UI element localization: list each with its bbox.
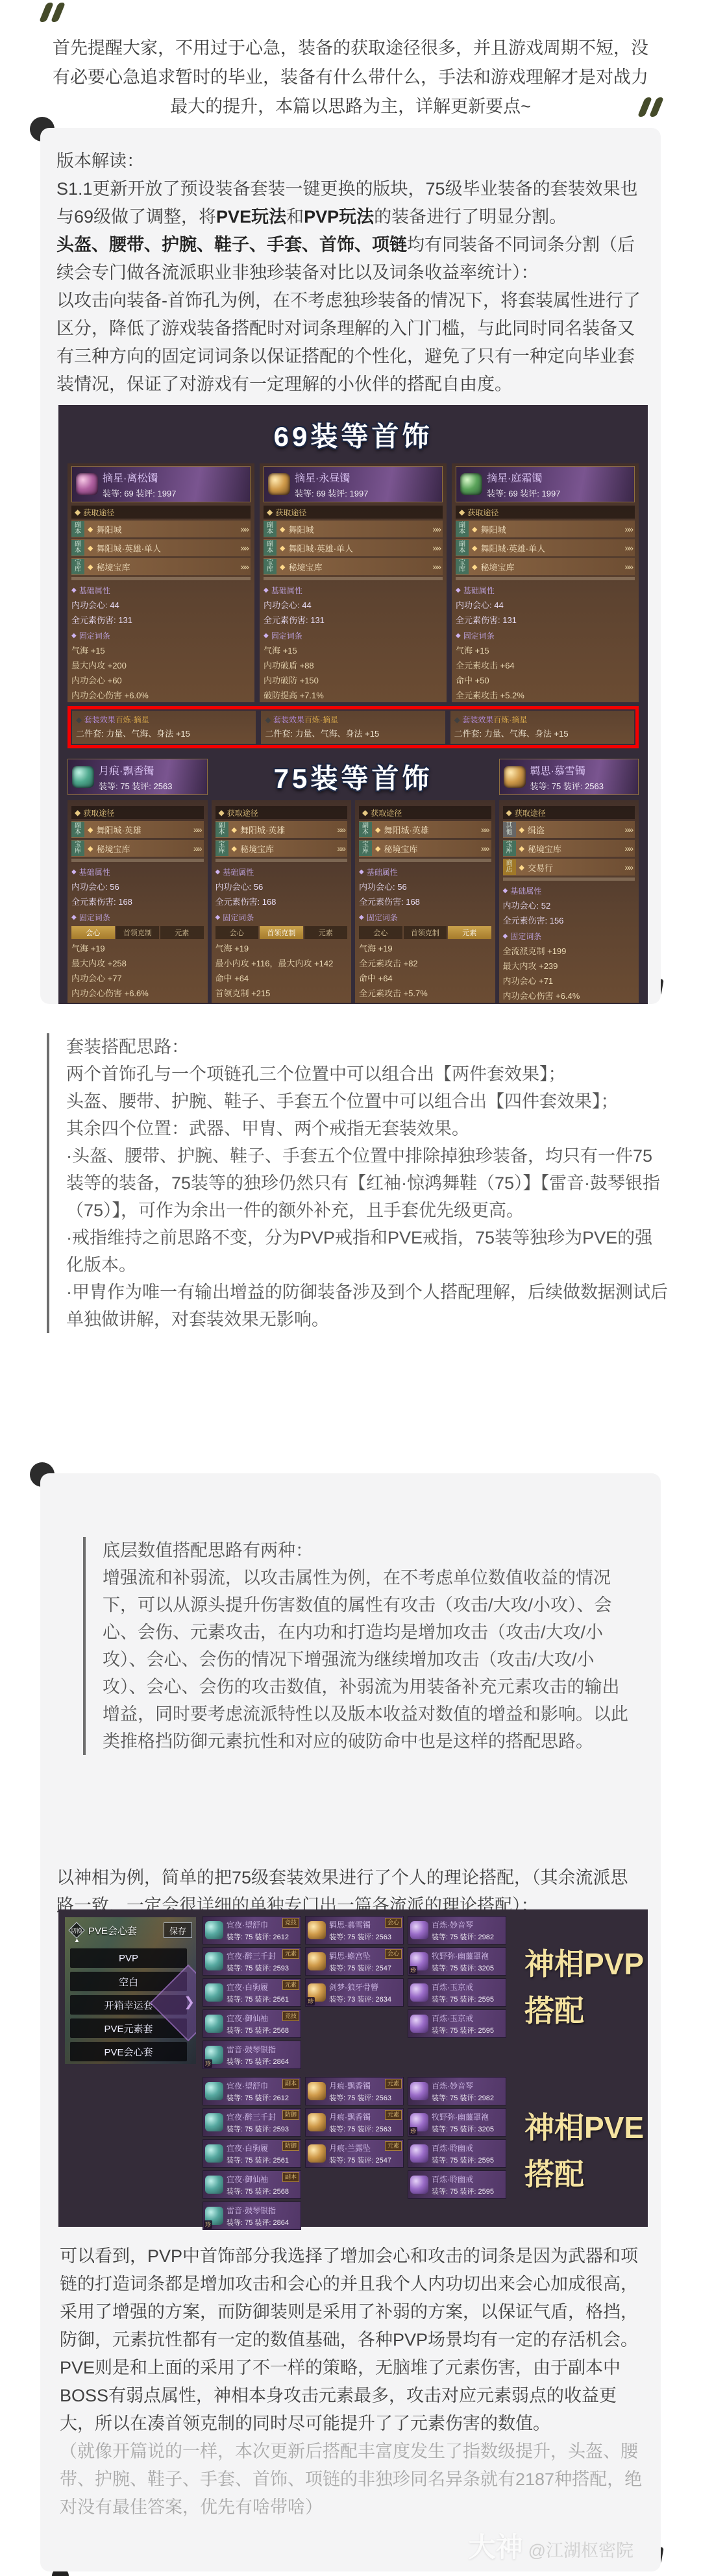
item-level-rating: 装等: 75 装评: 3205 <box>432 2124 494 2134</box>
equipment-card[interactable]: 宜夜·御仙袖装等: 75 装评: 2568副本 <box>203 2170 301 2199</box>
base-attr-line: 全元素伤害: 156 <box>503 914 635 926</box>
divider <box>456 577 635 580</box>
divider <box>264 577 443 580</box>
paragraph: 头盔、腰带、护腕、鞋子、手套、首饰、项链均有同装备不同词条分割（后续会专门做各流… <box>56 231 645 287</box>
acquire-header: ◆获取途径 <box>215 806 348 819</box>
gear-item-column: ◆获取途径其他◆缉盗»»宝库◆秘境宝库»»商店◆交易行»»◆基础属性内功会心: … <box>499 800 639 1003</box>
item-name: 宜夜·御仙袖 <box>227 2013 289 2024</box>
fixed-attr-label: 固定词条 <box>79 630 110 641</box>
item-icon <box>410 2144 428 2163</box>
route-icon: ◆ <box>232 844 237 853</box>
divider <box>215 859 348 862</box>
gear69-grid: 摘星·离松镯装等: 69 装评: 1997◆获取途径副本◆舞阳城»»副本◆舞阳城… <box>68 463 639 702</box>
set-effect-header: ◆ 套装效果百炼·摘星 <box>265 714 441 725</box>
route-arrow-icon: »» <box>432 543 440 553</box>
acquisition-route-row[interactable]: 副本◆舞阳城·英雄»» <box>215 821 348 838</box>
fixed-attr-label: 固定词条 <box>367 912 398 923</box>
item-name: 宜夜·望舒巾 <box>227 2080 289 2091</box>
item-level-rating: 装等: 75 装评: 2595 <box>432 2155 494 2165</box>
acquire-header: ◆获取途径 <box>359 806 491 819</box>
fixed-attr-header: ◆固定词条 <box>215 912 348 923</box>
route-arrow-icon: »» <box>432 561 440 572</box>
equipment-card[interactable]: 宜夜·望舒巾装等: 75 装评: 2612竞技 <box>203 1916 301 1944</box>
equipment-card-text: 牧野弥·幽蘁罩袍装等: 75 装评: 3205 <box>432 2111 494 2134</box>
route-arrow-icon: »» <box>481 824 489 835</box>
rare-ribbon: 珍 <box>409 2127 417 2135</box>
acquire-label: 获取途径 <box>83 807 114 818</box>
fixed-attr-line: 气海 +19 <box>359 942 491 954</box>
route-icon: ◆ <box>472 544 477 552</box>
base-attr-line: 全元素伤害: 168 <box>359 895 491 907</box>
acquisition-route-row[interactable]: 其他◆缉盗»» <box>503 821 635 838</box>
item-level-rating: 装等: 75 装评: 2561 <box>227 1994 289 2004</box>
equipment-card[interactable]: 宜夜·白驹履装等: 75 装评: 2561防御 <box>203 2139 301 2168</box>
paragraph: 可以看到，PVP中首饰部分我选择了增加会心和攻击的词条是因为武器和项链的打造词条… <box>60 2242 644 2354</box>
equipment-card-text: 宜夜·御仙袖装等: 75 装评: 2568 <box>227 2174 289 2196</box>
tab-元素[interactable]: 元素 <box>160 926 204 939</box>
equipment-card-text: 月痕·飘香镯装等: 75 装评: 2563 <box>329 2111 391 2134</box>
fixed-attr-line: 命中 +64 <box>215 972 348 984</box>
equipment-card-text: 宜夜·白驹履装等: 75 装评: 2561 <box>227 2142 289 2165</box>
route-label: 舞阳城·英雄·单人 <box>480 542 621 554</box>
gear-item-column: 摘星·离松镯装等: 69 装评: 1997◆获取途径副本◆舞阳城»»副本◆舞阳城… <box>68 463 254 702</box>
gear-item-column: ◆获取途径副本◆舞阳城·英雄»»宝库◆秘境宝库»»◆基础属性内功会心: 56全元… <box>212 800 352 1003</box>
item-name: 宜夜·白驹履 <box>227 2142 289 2153</box>
item-level-rating: 装等: 75 装评: 2563 <box>329 2092 391 2103</box>
route-arrow-icon: »» <box>193 843 201 853</box>
acquisition-route-row[interactable]: 宝库◆秘境宝库»» <box>503 840 635 857</box>
blockquote-paragraph: 套装搭配思路： <box>66 1033 670 1061</box>
loadout-column: 宜夜·望舒巾装等: 75 装评: 2612副本宜夜·醉三千封装等: 75 装评:… <box>203 2077 301 2233</box>
acquisition-route-row[interactable]: 宝库◆秘境宝库»» <box>359 840 491 857</box>
pvp-caption: 神相PVP搭配 <box>524 1941 644 2034</box>
route-label: 秘境宝库 <box>528 842 621 855</box>
acquire-label: 获取途径 <box>227 807 258 818</box>
base-attr-line: 内功会心: 44 <box>71 598 251 611</box>
equipment-card[interactable]: 羁思·慕雪镯装等: 75 装评: 2563会心 <box>305 1916 404 1944</box>
attribute-badge: 会心 <box>385 1918 402 1928</box>
equipment-card[interactable]: 百炼·玉京戒装等: 75 装评: 2595 <box>408 1978 506 2007</box>
fixed-attr-line: 最大内攻 +258 <box>71 957 204 969</box>
item-card[interactable]: 摘星·永昼镯装等: 69 装评: 1997 <box>264 466 443 502</box>
route-label: 秘境宝库 <box>96 842 190 855</box>
current-preset-label: PVE会心套 <box>88 1924 160 1937</box>
item-level-rating: 装等: 75 装评: 2568 <box>227 2025 289 2035</box>
fixed-attr-line: 全元素攻击 +5.2% <box>456 689 635 701</box>
fixed-attr-line: 气海 +15 <box>456 644 635 656</box>
item-level-rating: 装等: 75 装评: 2864 <box>227 2056 289 2067</box>
item-level-rating: 装等: 75 装评: 2547 <box>329 1963 391 1973</box>
preset-menu-item-PVE会心套[interactable]: PVE会心套 <box>70 2042 187 2061</box>
acquisition-route-row[interactable]: 副本◆舞阳城·英雄·单人»» <box>264 539 443 556</box>
acquire-header: ◆获取途径 <box>264 506 443 519</box>
note-paragraph: （就像开篇说的一样，本次更新后搭配丰富度发生了指数级提升，头盔、腰带、护腕、鞋子… <box>60 2438 644 2521</box>
pve-caption: 神相PVE搭配 <box>524 2104 644 2198</box>
acquisition-route-row[interactable]: 副本◆舞阳城»» <box>456 521 635 537</box>
equipment-card[interactable]: 宜夜·醉三千封装等: 75 装评: 2593元素 <box>203 1947 301 1976</box>
gear-item-column: ◆获取途径副本◆舞阳城·英雄»»宝库◆秘境宝库»»◆基础属性内功会心: 56全元… <box>355 800 495 1003</box>
fixed-attr-tabs: 会心首领克制元素 <box>71 926 204 939</box>
fixed-attr-line: 命中 +64 <box>359 972 491 984</box>
acquisition-route-row[interactable]: 宝库◆秘境宝库»» <box>71 558 251 575</box>
item-name: 羁思·蟾宫坠 <box>329 1950 391 1961</box>
fixed-attr-line: 首领克制 +215 <box>215 987 348 999</box>
item-icon <box>410 2176 428 2194</box>
item-icon <box>205 2176 223 2194</box>
item-card-text: 摘星·庭霜镯装等: 69 装评: 1997 <box>487 470 560 499</box>
fixed-attr-header: ◆固定词条 <box>359 912 491 923</box>
route-type-tag: 副本 <box>71 521 84 537</box>
acquisition-route-row[interactable]: 副本◆舞阳城·英雄·单人»» <box>71 539 251 556</box>
route-icon: ◆ <box>280 563 285 571</box>
route-icon: ◆ <box>280 525 285 534</box>
fixed-attr-line: 内功破盾 +88 <box>264 659 443 671</box>
acquisition-route-row[interactable]: 副本◆舞阳城»» <box>264 521 443 537</box>
equipment-card[interactable]: 百炼·聆幽戒装等: 75 装评: 2595 <box>408 2139 506 2168</box>
diamond-icon: ◆ <box>75 808 80 817</box>
item-name: 羁思·慕雪镯 <box>329 1919 391 1930</box>
fixed-attr-header: ◆固定词条 <box>71 912 204 923</box>
base-attr-line: 全元素伤害: 131 <box>71 613 251 626</box>
equipment-card[interactable]: 百炼·妙音琴装等: 75 装评: 2982 <box>408 2077 506 2105</box>
diamond-icon: ◆ <box>219 808 225 817</box>
equipment-card[interactable]: 月痕·兰露坠装等: 75 装评: 2547元素 <box>305 2139 404 2168</box>
route-icon: ◆ <box>519 844 524 853</box>
item-name: 月痕·飘香镯 <box>329 2111 391 2122</box>
route-label: 舞阳城 <box>288 523 429 535</box>
equipment-card[interactable]: 雷音·鼓琴银指装等: 75 装评: 2864珍 <box>203 2041 301 2069</box>
caret-down-icon: ▲ <box>74 1937 80 1943</box>
equipment-card[interactable]: 剑梦·狼牙骨簪装等: 73 装评: 2634珍 <box>305 1978 404 2007</box>
route-arrow-icon: »» <box>240 524 248 534</box>
acquisition-route-row[interactable]: 副本◆舞阳城·英雄·单人»» <box>456 539 635 556</box>
diamond-icon: ◆ <box>265 715 273 724</box>
equipment-card[interactable]: 宜夜·白驹履装等: 75 装评: 2561元素 <box>203 1978 301 2007</box>
gear75-grid: ◆获取途径副本◆舞阳城·英雄»»宝库◆秘境宝库»»◆基础属性内功会心: 56全元… <box>68 800 639 1003</box>
item-name: 月痕·飘香镯 <box>329 2080 391 2091</box>
base-attr-header: ◆基础属性 <box>456 585 635 596</box>
gear69-title: 69装等首饰 <box>68 405 639 454</box>
diamond-icon: ◆ <box>506 808 512 817</box>
acquire-label: 获取途径 <box>275 507 306 518</box>
route-type-tag: 商店 <box>503 859 516 875</box>
attribute-badge: 元素 <box>282 1980 299 1990</box>
item-icon <box>460 473 482 495</box>
base-attr-header: ◆基础属性 <box>359 866 491 877</box>
fixed-attr-line: 内功破防 +150 <box>264 674 443 686</box>
item-name: 百炼·聆幽戒 <box>432 2174 494 2185</box>
route-arrow-icon: »» <box>624 543 632 553</box>
fixed-attr-tabs: 会心首领克制元素 <box>215 926 348 939</box>
item-name: 宜夜·望舒巾 <box>227 1919 289 1930</box>
item-card-text: 摘星·永昼镯装等: 69 装评: 1997 <box>295 470 368 499</box>
route-icon: ◆ <box>280 544 285 552</box>
fixed-attr-line: 全流派克制 +199 <box>503 944 635 957</box>
watermark: 大神 @江湖枢密院 <box>469 2526 633 2565</box>
item-level-rating: 装等: 75 装评: 2547 <box>329 2155 391 2165</box>
route-arrow-icon: »» <box>240 561 248 572</box>
paragraph: 以攻击向装备-首饰孔为例，在不考虑独珍装备的情况下，将套装属性进行了区分，降低了… <box>56 287 645 399</box>
item-name: 摘星·庭霜镯 <box>487 470 560 485</box>
item-icon <box>308 2144 326 2163</box>
base-attr-line: 内功会心: 56 <box>359 880 491 892</box>
open-quote-icon <box>39 3 66 22</box>
equipment-card[interactable]: 百炼·玉京戒装等: 75 装评: 2595 <box>408 2009 506 2038</box>
item-icon <box>308 1952 326 1970</box>
item-name: 雷音·鼓琴银指 <box>227 2044 289 2055</box>
fixed-attr-line: 内功会心伤害 +6.0% <box>71 689 251 701</box>
gear-item-column: 摘星·永昼镯装等: 69 装评: 1997◆获取途径副本◆舞阳城»»副本◆舞阳城… <box>260 463 447 702</box>
route-type-tag: 副本 <box>71 822 84 837</box>
route-icon: ◆ <box>375 844 380 853</box>
version-notes-text: 版本解读： S1.1更新开放了预设装备套装一键更换的版块，75级毕业装备的套装效… <box>56 147 645 399</box>
tab-首领克制[interactable]: 首领克制 <box>260 926 303 939</box>
tab-会心[interactable]: 会心 <box>215 926 259 939</box>
item-name: 牧野弥·幽蘁罩袍 <box>432 2111 494 2122</box>
equipment-card-text: 百炼·妙音琴装等: 75 装评: 2982 <box>432 2080 494 2103</box>
diamond-icon: ◆ <box>75 508 80 517</box>
base-attr-header: ◆基础属性 <box>215 866 348 877</box>
blockquote-paragraph: 两个首饰孔与一个项链孔三个位置中可以组合出【两件套效果】； <box>66 1061 670 1088</box>
equipment-card[interactable]: 雷音·鼓琴银指装等: 75 装评: 2864珍 <box>203 2202 301 2230</box>
tab-元素[interactable]: 元素 <box>448 926 491 939</box>
route-icon: ◆ <box>88 544 93 552</box>
equipment-card-text: 羁思·慕雪镯装等: 75 装评: 2563 <box>329 1919 391 1942</box>
route-type-tag: 宝库 <box>264 559 277 574</box>
diamond-icon: ◆ <box>264 587 269 594</box>
blockquote-paragraph: 增强流和补弱流，以攻击属性为例，在不考虑单位数值收益的情况下，可以从源头提升伤害… <box>103 1564 635 1755</box>
route-arrow-icon: »» <box>240 543 248 553</box>
item-name: 牧野弥·幽蘁罩袍 <box>432 1950 494 1961</box>
route-label: 交易行 <box>528 861 621 874</box>
route-icon: ◆ <box>88 844 93 853</box>
item-name: 月痕·飘香镯 <box>99 763 172 778</box>
route-type-tag: 宝库 <box>215 840 228 856</box>
tab-会心[interactable]: 会心 <box>359 926 402 939</box>
tab-首领克制[interactable]: 首领克制 <box>404 926 447 939</box>
fixed-attr-label: 固定词条 <box>271 630 302 641</box>
loadout-column: 月痕·飘香镯装等: 75 装评: 2563元素月痕·飘香镯装等: 75 装评: … <box>305 2077 404 2233</box>
tab-首领克制[interactable]: 首领克制 <box>116 926 160 939</box>
equipment-card[interactable]: 月痕·飘香镯装等: 75 装评: 2563元素 <box>305 2077 404 2105</box>
diamond-icon: ◆ <box>71 632 77 639</box>
item-level-rating: 装等: 75 装评: 2595 <box>432 2186 494 2196</box>
route-arrow-icon: »» <box>337 843 345 853</box>
equipment-card-text: 牧野弥·幽蘁罩袍装等: 75 装评: 3205 <box>432 1950 494 1973</box>
set-name: 百炼·摘星 <box>493 715 527 724</box>
equipment-card[interactable]: 羁思·蟾宫坠装等: 75 装评: 2547会心 <box>305 1947 404 1976</box>
item-card-text: 摘星·离松镯装等: 69 装评: 1997 <box>103 470 176 499</box>
preset-menu-item-PVP[interactable]: PVP <box>70 1948 187 1968</box>
equipment-card[interactable]: 百炼·妙音琴装等: 75 装评: 2982 <box>408 1916 506 1944</box>
switch-button[interactable]: 切换 ▲ <box>69 1922 84 1938</box>
fixed-attr-line: 气海 +19 <box>71 942 204 954</box>
blockquote-paragraph: 其余四个位置：武器、甲胄、两个戒指无套装效果。 <box>66 1115 670 1142</box>
save-button[interactable]: 保存 <box>164 1922 192 1938</box>
item-icon <box>504 766 526 788</box>
divider <box>71 859 204 862</box>
acquisition-route-row[interactable]: 副本◆舞阳城·英雄»» <box>71 821 204 838</box>
loadout-column: 羁思·慕雪镯装等: 75 装评: 2563会心羁思·蟾宫坠装等: 75 装评: … <box>305 1916 404 2072</box>
route-type-tag: 宝库 <box>503 840 516 856</box>
item-name: 宜夜·白驹履 <box>227 1981 289 1993</box>
item-card[interactable]: 月痕·飘香镯装等: 75 装评: 2563 <box>68 759 208 795</box>
item-name: 羁思·慕雪镯 <box>530 763 604 778</box>
item-icon <box>410 2082 428 2100</box>
fixed-attr-line: 最大内攻 +239 <box>503 959 635 972</box>
route-type-tag: 副本 <box>359 822 372 837</box>
fixed-attr-line: 全元素攻击 +82 <box>359 957 491 969</box>
route-arrow-icon: »» <box>432 524 440 534</box>
route-icon: ◆ <box>472 563 477 571</box>
item-level-rating: 装等: 75 装评: 2563 <box>329 1932 391 1942</box>
fixed-attr-line: 内功会心 +71 <box>503 974 635 987</box>
route-label: 舞阳城·英雄 <box>240 824 334 836</box>
item-level-rating: 装等: 75 装评: 3205 <box>432 1963 494 1973</box>
fixed-attr-line: 全元素攻击 +5.7% <box>359 987 491 999</box>
fixed-attr-line: 气海 +15 <box>264 644 443 656</box>
equipment-card-text: 剑梦·狼牙骨簪装等: 73 装评: 2634 <box>329 1981 391 2004</box>
base-attr-label: 基础属性 <box>463 585 495 596</box>
item-card[interactable]: 羁思·慕雪镯装等: 75 装评: 2563 <box>499 759 639 795</box>
blockquote-paragraph: 底层数值搭配思路有两种： <box>103 1537 635 1564</box>
route-arrow-icon: »» <box>624 561 632 572</box>
equipment-card[interactable]: 牧野弥·幽蘁罩袍装等: 75 装评: 3205珍 <box>408 1947 506 1976</box>
route-type-tag: 宝库 <box>359 840 372 856</box>
set-effect-label: 套装效果 <box>273 715 304 724</box>
diamond-icon: ◆ <box>71 587 77 594</box>
base-attr-line: 内功会心: 56 <box>71 880 204 892</box>
fixed-attr-line: 内功会心伤害 +6.6% <box>71 987 204 999</box>
route-arrow-icon: »» <box>337 824 345 835</box>
item-level-rating: 装等: 75 装评: 2563 <box>329 2124 391 2134</box>
set-effect-label: 套装效果 <box>462 715 493 724</box>
item-icon <box>268 473 290 495</box>
equipment-card[interactable]: 宜夜·御仙袖装等: 75 装评: 2568竞技 <box>203 2009 301 2038</box>
route-type-tag: 宝库 <box>71 559 84 574</box>
route-label: 秘境宝库 <box>480 561 621 573</box>
item-level-rating: 装等: 69 装评: 1997 <box>487 487 560 499</box>
route-label: 舞阳城·英雄·单人 <box>288 542 429 554</box>
item-card[interactable]: 摘星·离松镯装等: 69 装评: 1997 <box>71 466 251 502</box>
base-attr-header: ◆基础属性 <box>71 585 251 596</box>
equipment-card[interactable]: 牧野弥·幽蘁罩袍装等: 75 装评: 3205珍 <box>408 2108 506 2137</box>
equipment-card-text: 雷音·鼓琴银指装等: 75 装评: 2864 <box>227 2044 289 2067</box>
equipment-card[interactable]: 百炼·聆幽戒装等: 75 装评: 2595 <box>408 2170 506 2199</box>
fixed-attr-header: ◆固定词条 <box>456 630 635 641</box>
equipment-card[interactable]: 宜夜·醉三千封装等: 75 装评: 2593防御 <box>203 2108 301 2137</box>
equipment-card-text: 月痕·兰露坠装等: 75 装评: 2547 <box>329 2142 391 2165</box>
diamond-icon: ◆ <box>456 632 461 639</box>
equipment-card[interactable]: 月痕·飘香镯装等: 75 装评: 2563元素 <box>305 2108 404 2137</box>
equipment-card-text: 百炼·妙音琴装等: 75 装评: 2982 <box>432 1919 494 1942</box>
fixed-attr-label: 固定词条 <box>223 912 254 923</box>
acquisition-route-row[interactable]: 宝库◆秘境宝库»» <box>71 840 204 857</box>
route-icon: ◆ <box>232 826 237 834</box>
gear-item-column: 摘星·庭霜镯装等: 69 装评: 1997◆获取途径副本◆舞阳城»»副本◆舞阳城… <box>452 463 639 702</box>
route-type-tag: 其他 <box>503 822 516 837</box>
equipment-card[interactable]: 宜夜·望舒巾装等: 75 装评: 2612副本 <box>203 2077 301 2105</box>
acquisition-route-row[interactable]: 宝库◆秘境宝库»» <box>264 558 443 575</box>
fixed-attr-line: 最小内攻 +116，最大内攻 +142 <box>215 957 348 969</box>
set-name: 百炼·摘星 <box>304 715 338 724</box>
fixed-attr-tabs: 会心首领克制元素 <box>359 926 491 939</box>
dashen-logo: 大神 <box>469 2526 523 2565</box>
fixed-attr-header: ◆固定词条 <box>71 630 251 641</box>
item-icon <box>72 766 94 788</box>
acquisition-route-row[interactable]: 副本◆舞阳城»» <box>71 521 251 537</box>
rare-ribbon: 珍 <box>409 1966 417 1974</box>
item-name: 摘星·离松镯 <box>103 470 176 485</box>
route-type-tag: 副本 <box>456 521 469 537</box>
item-icon <box>205 2144 223 2163</box>
set-name: 百炼·摘星 <box>116 715 149 724</box>
attribute-badge: 副本 <box>282 2079 299 2089</box>
item-card-text: 月痕·飘香镯装等: 75 装评: 2563 <box>99 763 172 792</box>
set-effect-block: ◆ 套装效果百炼·摘星二件套: 力量、气海、身法 +15 <box>72 711 256 744</box>
acquisition-route-row[interactable]: 副本◆舞阳城·英雄»» <box>359 821 491 838</box>
acquire-header: ◆获取途径 <box>71 806 204 819</box>
item-card[interactable]: 摘星·庭霜镯装等: 69 装评: 1997 <box>456 466 635 502</box>
gear-item-column: ◆获取途径副本◆舞阳城·英雄»»宝库◆秘境宝库»»◆基础属性内功会心: 56全元… <box>68 800 208 1003</box>
rare-ribbon: 珍 <box>306 1997 315 2006</box>
item-name: 百炼·妙音琴 <box>432 2080 494 2091</box>
route-label: 舞阳城 <box>96 523 237 535</box>
attribute-badge: 元素 <box>385 2079 402 2089</box>
section-card-version-notes: 版本解读： S1.1更新开放了预设装备套装一键更换的版块，75级毕业装备的套装效… <box>40 128 661 1004</box>
route-type-tag: 宝库 <box>456 559 469 574</box>
fixed-attr-line: 破防提高 +7.1% <box>264 689 443 701</box>
fixed-attr-line: 内功会心 +77 <box>71 972 204 984</box>
intro-quote-line: 最大的提升，本篇以思路为主，详解更新要点~ <box>39 92 662 121</box>
item-level-rating: 装等: 75 装评: 2982 <box>432 1932 494 1942</box>
item-name: 摘星·永昼镯 <box>295 470 368 485</box>
set-effect-block: ◆ 套装效果百炼·摘星二件套: 力量、气海、身法 +15 <box>261 711 445 744</box>
set-effect-highlight-box: ◆ 套装效果百炼·摘星二件套: 力量、气海、身法 +15◆ 套装效果百炼·摘星二… <box>68 706 639 748</box>
tab-元素[interactable]: 元素 <box>304 926 348 939</box>
divider <box>503 877 635 881</box>
route-arrow-icon: »» <box>481 843 489 853</box>
attribute-badge: 竞技 <box>282 2011 299 2021</box>
item-name: 宜夜·御仙袖 <box>227 2174 289 2185</box>
route-icon: ◆ <box>88 826 93 834</box>
set-effect-header: ◆ 套装效果百炼·摘星 <box>454 714 630 725</box>
fixed-attr-line: 气海 +15 <box>71 644 251 656</box>
route-arrow-icon: »» <box>624 843 632 853</box>
divider <box>359 859 491 862</box>
item-level-rating: 装等: 75 装评: 2864 <box>227 2217 289 2227</box>
equipment-card-text: 宜夜·醉三千封装等: 75 装评: 2593 <box>227 1950 289 1973</box>
base-attr-label: 基础属性 <box>79 585 110 596</box>
watermark-author: @江湖枢密院 <box>528 2536 633 2562</box>
gear75-title: 75装等首饰 <box>212 757 495 796</box>
diamond-icon: ◆ <box>215 868 221 876</box>
diamond-icon: ◆ <box>459 508 465 517</box>
item-level-rating: 装等: 75 装评: 2561 <box>227 2155 289 2165</box>
acquisition-route-row[interactable]: 宝库◆秘境宝库»» <box>215 840 348 857</box>
diamond-icon: ◆ <box>359 868 364 876</box>
acquisition-route-row[interactable]: 宝库◆秘境宝库»» <box>456 558 635 575</box>
item-level-rating: 装等: 75 装评: 2595 <box>432 2025 494 2035</box>
loadout-screenshot: 切换 ▲ PVE会心套 保存 PVP空白开箱幸运套PVE元素套PVE会心套 ❯ … <box>58 1909 648 2227</box>
fixed-attr-line: 全元素攻击 +64 <box>456 659 635 671</box>
acquisition-route-row[interactable]: 商店◆交易行»» <box>503 859 635 876</box>
equipment-card-text: 百炼·聆幽戒装等: 75 装评: 2595 <box>432 2142 494 2165</box>
base-attr-line: 内功会心: 52 <box>503 899 635 911</box>
item-level-rating: 装等: 75 装评: 2563 <box>530 779 604 792</box>
tab-会心[interactable]: 会心 <box>71 926 115 939</box>
item-name: 剑梦·狼牙骨簪 <box>329 1981 391 1993</box>
